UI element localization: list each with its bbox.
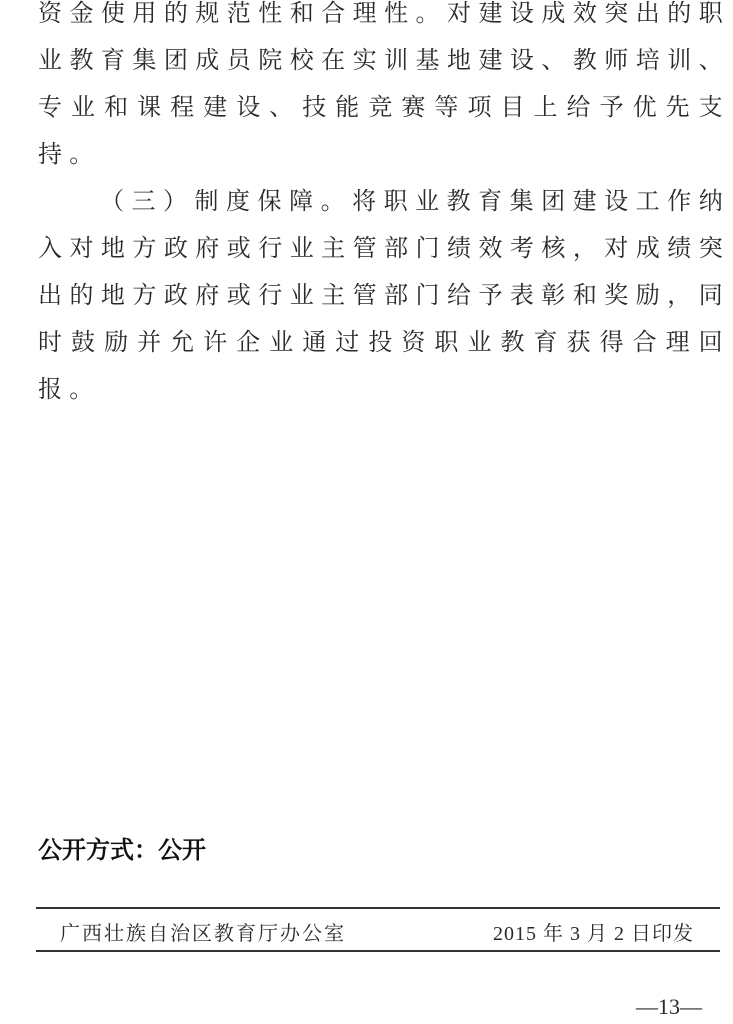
disclosure-method: 公开方式：公开	[38, 830, 206, 865]
issue-date: 2015 年 3 月 2 日印发	[493, 917, 694, 946]
paragraph-funding-support: 资金使用的规范性和合理性。对建设成效突出的职业教育集团成员院校在实训基地建设、教…	[38, 0, 730, 178]
page-number: —13—	[636, 994, 702, 1020]
footer-bottom-rule	[36, 950, 720, 952]
footer-top-rule	[36, 907, 720, 909]
document-body: 资金使用的规范性和合理性。对建设成效突出的职业教育集团成员院校在实训基地建设、教…	[38, 0, 730, 413]
paragraph-institutional-guarantee: （三）制度保障。将职业教育集团建设工作纳入对地方政府或行业主管部门绩效考核，对成…	[38, 178, 730, 413]
issuing-office: 广西壮族自治区教育厅办公室	[60, 917, 346, 946]
